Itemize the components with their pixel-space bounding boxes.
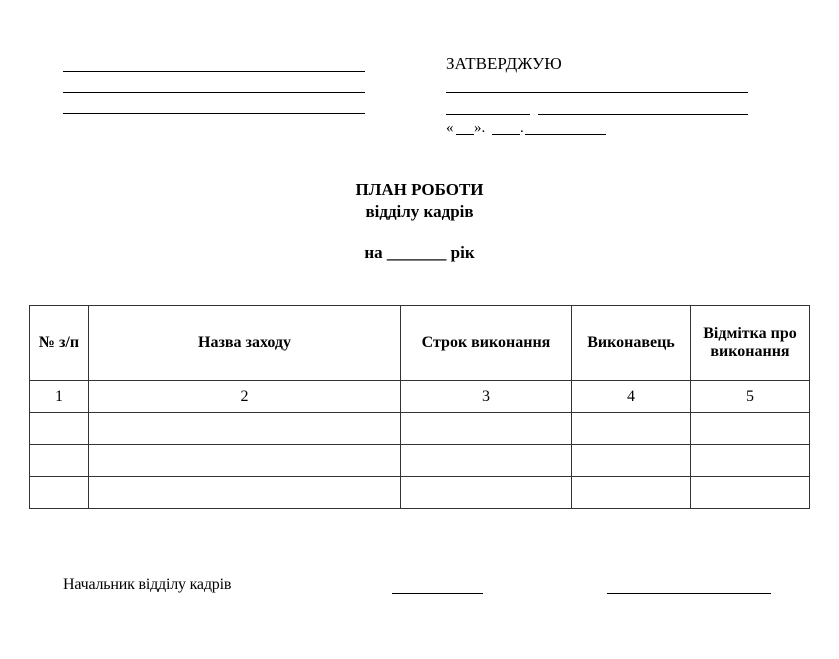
table-cell[interactable] — [691, 413, 810, 445]
left-blank-line-1[interactable] — [63, 71, 365, 72]
header-completion-mark: Відмітка про виконання — [691, 306, 810, 381]
year-prefix: на — [364, 243, 382, 262]
table-cell[interactable] — [572, 477, 691, 509]
date-dot: . — [520, 118, 524, 138]
table-cell[interactable] — [572, 445, 691, 477]
table-cell[interactable] — [30, 413, 89, 445]
table-cell[interactable] — [401, 477, 572, 509]
header-activity: Назва заходу — [89, 306, 401, 381]
date-day-line[interactable] — [456, 134, 474, 135]
table-cell[interactable] — [89, 477, 401, 509]
plan-year: на _______ рік — [0, 243, 839, 263]
signature-line[interactable] — [392, 593, 483, 594]
plan-table: № з/п Назва заходу Строк виконання Викон… — [29, 305, 810, 509]
column-number-cell: 3 — [401, 381, 572, 413]
table-header-row: № з/п Назва заходу Строк виконання Викон… — [30, 306, 810, 381]
table-cell[interactable] — [401, 445, 572, 477]
header-number: № з/п — [30, 306, 89, 381]
column-number-cell: 2 — [89, 381, 401, 413]
approver-signature-line[interactable] — [446, 114, 530, 115]
date-month-line[interactable] — [492, 134, 520, 135]
date-open-quote: « — [446, 118, 454, 138]
approver-position-line[interactable] — [446, 92, 748, 93]
table-cell[interactable] — [30, 477, 89, 509]
table-row — [30, 477, 810, 509]
column-number-cell: 5 — [691, 381, 810, 413]
table-cell[interactable] — [401, 413, 572, 445]
table-column-numbers-row: 1 2 3 4 5 — [30, 381, 810, 413]
left-blank-line-2[interactable] — [63, 92, 365, 93]
document-subtitle: відділу кадрів — [0, 202, 839, 222]
approval-heading: ЗАТВЕРДЖУЮ — [446, 54, 562, 74]
table-cell[interactable] — [691, 477, 810, 509]
signer-name-line[interactable] — [607, 593, 771, 594]
header-deadline: Строк виконання — [401, 306, 572, 381]
year-blank[interactable]: _______ — [387, 243, 447, 262]
table-cell[interactable] — [89, 413, 401, 445]
table-cell[interactable] — [691, 445, 810, 477]
header-executor: Виконавець — [572, 306, 691, 381]
date-year-line[interactable] — [525, 134, 606, 135]
year-suffix: рік — [451, 243, 475, 262]
table-row — [30, 445, 810, 477]
column-number-cell: 1 — [30, 381, 89, 413]
approver-name-line[interactable] — [538, 114, 748, 115]
table-cell[interactable] — [30, 445, 89, 477]
table-cell[interactable] — [572, 413, 691, 445]
signer-position: Начальник відділу кадрів — [63, 575, 231, 595]
left-blank-line-3[interactable] — [63, 113, 365, 114]
document-title: ПЛАН РОБОТИ — [0, 180, 839, 200]
table-row — [30, 413, 810, 445]
column-number-cell: 4 — [572, 381, 691, 413]
table-cell[interactable] — [89, 445, 401, 477]
date-close-quote: ». — [474, 118, 485, 138]
